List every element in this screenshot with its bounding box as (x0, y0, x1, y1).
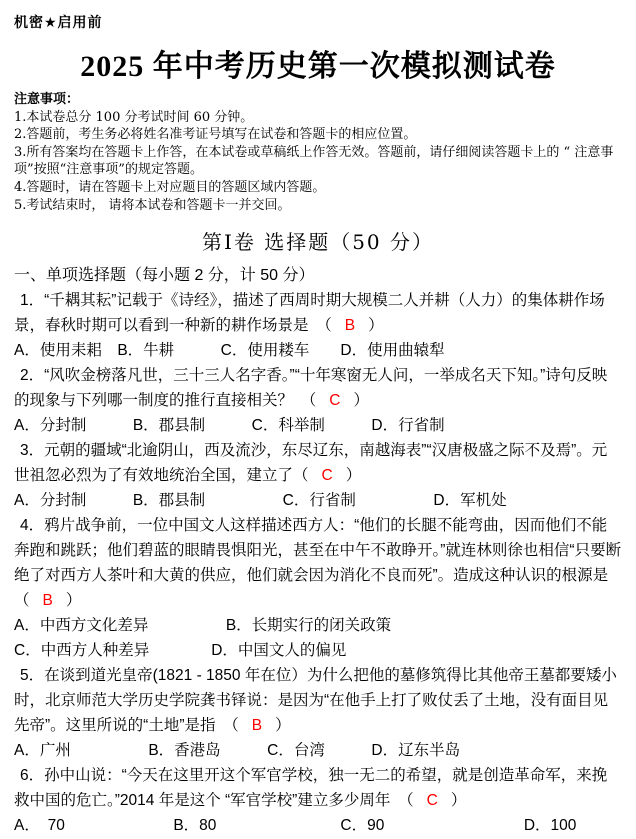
question-4: 4．鸦片战争前，一位中国文人这样描述西方人：“他们的长腿不能弯曲，因而他们不能奔… (14, 513, 622, 663)
question-6: 6．孙中山说：“今天在这里开这个军官学校，独一无二的希望，就是创造革命军，来挽救… (14, 763, 622, 838)
question-2: 2．“风吹金榜落凡世，三十三人名字香。”“十年寒窗无人问，一举成名天下知。”诗句… (14, 363, 622, 438)
open-paren: （ (406, 792, 414, 809)
open-paren: （ (293, 467, 309, 484)
answer-text: C (427, 792, 438, 809)
question-stem: 3．元朝的疆域“北逾阴山，西及流沙，东尽辽东，南越海表”“汉唐极盛之际不及焉”。… (14, 438, 622, 488)
notice-item: 4.答题时，请在答题卡上对应题目的答题区域内答题。 (14, 179, 622, 197)
open-paren: （ (309, 392, 317, 409)
open-paren: （ (14, 592, 30, 609)
question-stem: 1．“千耦其耘”记载于《诗经》，描述了西周时期大规模二人并耕（人力）的集体耕作场… (14, 288, 622, 338)
question-stem: 6．孙中山说：“今天在这里开这个军官学校，独一无二的希望，就是创造革命军，来挽救… (14, 763, 622, 813)
exam-paper-page: 机密★启用前 2025 年中考历史第一次模拟测试卷 注意事项： 1.本试卷总分 … (0, 0, 636, 839)
option-line: A．广州 B．香港岛 C．台湾 D．辽东半岛 (14, 738, 622, 763)
notice-item: 1.本试卷总分 100 分考试时间 60 分钟。 (14, 109, 622, 127)
question-1: 1．“千耦其耘”记载于《诗经》，描述了西周时期大规模二人并耕（人力）的集体耕作场… (14, 288, 622, 363)
part-heading: 一、单项选择题（每小题 2 分，计 50 分） (14, 263, 622, 288)
question-stem: 4．鸦片战争前，一位中国文人这样描述西方人：“他们的长腿不能弯曲，因而他们不能奔… (14, 513, 622, 613)
page-title: 2025 年中考历史第一次模拟测试卷 (14, 41, 622, 85)
question-5: 5．在谈到道光皇帝(1821 - 1850 年在位）为什么把他的墓修筑得比其他帝… (14, 663, 622, 763)
answer-text: B (252, 717, 262, 734)
option-line: A． 70 B．80 C．90 D．100 (14, 813, 622, 838)
answer-text: B (43, 592, 53, 609)
close-paren: ） (368, 317, 384, 334)
notice-item: 2.答题前，考生务必将姓名准考证号填写在试卷和答题卡的相应位置。 (14, 126, 622, 144)
question-stem: 2．“风吹金榜落凡世，三十三人名字香。”“十年寒窗无人问，一举成名天下知。”诗句… (14, 363, 622, 413)
option-line: A．分封制 B．郡县制 C．行省制 D．军机处 (14, 488, 622, 513)
question-3: 3．元朝的疆域“北逾阴山，西及流沙，东尽辽东，南越海表”“汉唐极盛之际不及焉”。… (14, 438, 622, 513)
question-stem: 5．在谈到道光皇帝(1821 - 1850 年在位）为什么把他的墓修筑得比其他帝… (14, 663, 622, 738)
option-line: A．使用耒耜 B．牛耕 C．使用耧车 D．使用曲辕犁 (14, 338, 622, 363)
close-paren: ） (451, 792, 467, 809)
close-paren: ） (346, 467, 362, 484)
close-paren: ） (353, 392, 369, 409)
confidential-label: 机密★启用前 (14, 12, 622, 32)
option-line: A．分封制 B．郡县制 C．科举制 D．行省制 (14, 413, 622, 438)
notice-item: 3.所有答案均在答题卡上作答，在本试卷或草稿纸上作答无效。答题前，请仔细阅读答题… (14, 144, 622, 179)
notice-section: 注意事项： 1.本试卷总分 100 分考试时间 60 分钟。 2.答题前，考生务… (14, 91, 622, 214)
option-line: C．中西方人种差异 D．中国文人的偏见 (14, 638, 622, 663)
answer-text: C (329, 392, 340, 409)
close-paren: ） (66, 592, 82, 609)
open-paren: （ (231, 717, 239, 734)
notice-item: 5.考试结束时， 请将本试卷和答题卡一并交回。 (14, 197, 622, 215)
section-title: 第Ⅰ卷 选择题（50 分） (14, 226, 622, 255)
close-paren: ） (275, 717, 291, 734)
open-paren: （ (324, 317, 332, 334)
answer-text: B (345, 317, 355, 334)
option-line: A．中西方文化差异 B．长期实行的闭关政策 (14, 613, 622, 638)
notice-heading: 注意事项： (14, 91, 622, 109)
answer-text: C (322, 467, 333, 484)
